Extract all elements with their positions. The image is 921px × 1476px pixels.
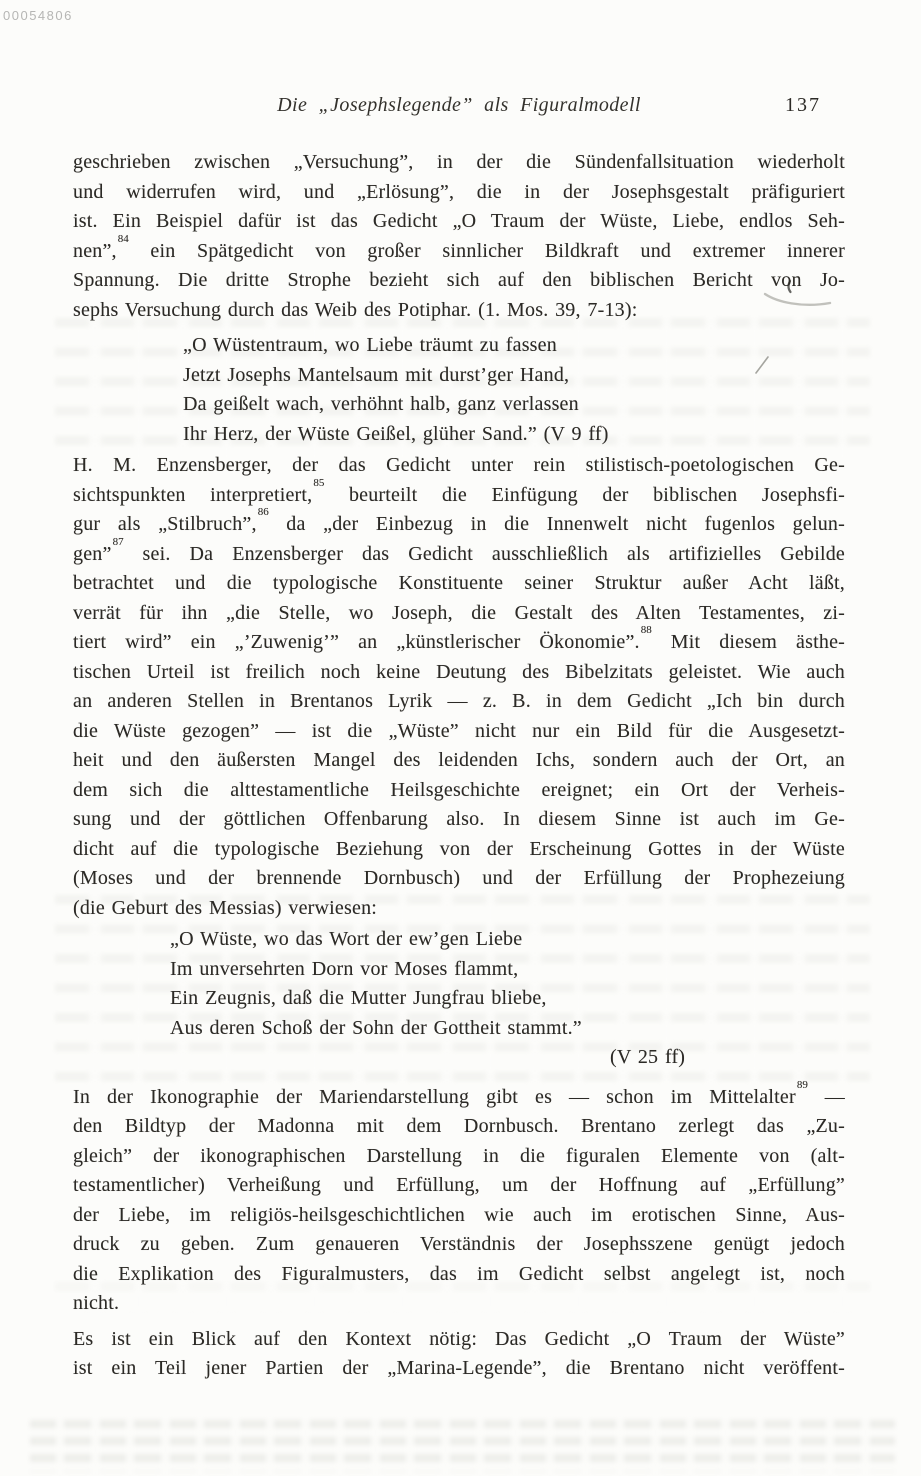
verse-line: „O Wüste, wo das Wort der ew’gen Liebe xyxy=(170,925,845,955)
text-line: tischen Urteil ist freilich noch keine D… xyxy=(73,658,845,688)
bleed-through-artifact xyxy=(30,1420,895,1472)
text-line: (Moses und der brennende Dornbusch) und … xyxy=(73,864,845,894)
verse-caption: (V 25 ff) xyxy=(610,1043,845,1073)
text-line: H. M. Enzensberger, der das Gedicht unte… xyxy=(73,451,845,481)
verse-line: Ein Zeugnis, daß die Mutter Jungfrau bli… xyxy=(170,984,845,1014)
footnote-marker: 85 xyxy=(313,477,324,489)
text-line: der Liebe, im religiös-heilsgeschichtlic… xyxy=(73,1201,845,1231)
text-line: In der Ikonographie der Mariendarstellun… xyxy=(73,1083,845,1113)
text-line: betrachtet und die typologische Konstitu… xyxy=(73,569,845,599)
text-column: Die „Josephslegende” als Figuralmodell 1… xyxy=(73,0,845,1384)
verse-line: „O Wüstentraum, wo Liebe träumt zu fasse… xyxy=(183,331,845,361)
text-line: Es ist ein Blick auf den Kontext nötig: … xyxy=(73,1325,845,1355)
verse-block: „O Wüste, wo das Wort der ew’gen LiebeIm… xyxy=(170,925,845,1073)
text-line: testamentlicher) Verheißung und Erfüllun… xyxy=(73,1171,845,1201)
scanned-book-page: 00054806 Die „Josephslegende” als Figura… xyxy=(0,0,921,1476)
text-line: nen”,84 ein Spätgedicht von großer sinnl… xyxy=(73,237,845,267)
body-text: geschrieben zwischen „Versuchung”, in de… xyxy=(73,148,845,1384)
text-line: tiert wird” ein „’Zuwenig’” an „künstler… xyxy=(73,628,845,658)
text-line: gleich” der ikonographischen Darstellung… xyxy=(73,1142,845,1172)
text-line: druck zu geben. Zum genaueren Verständni… xyxy=(73,1230,845,1260)
text-line: gur als „Stilbruch”,86 da „der Einbezug … xyxy=(73,510,845,540)
text-line: gen”87 sei. Da Enzensberger das Gedicht … xyxy=(73,540,845,570)
text-line: sichtspunkten interpretiert,85 beurteilt… xyxy=(73,481,845,511)
text-line: die Wüste gezogen” — ist die „Wüste” nic… xyxy=(73,717,845,747)
text-line: sephs Versuchung durch das Weib des Poti… xyxy=(73,296,845,326)
text-line: die Explikation des Figuralmusters, das … xyxy=(73,1260,845,1290)
footnote-marker: 87 xyxy=(113,536,124,548)
paragraph-block: H. M. Enzensberger, der das Gedicht unte… xyxy=(73,451,845,923)
verse-line: Im unversehrten Dorn vor Moses flammt, xyxy=(170,955,845,985)
text-line: und widerrufen wird, und „Erlösung”, die… xyxy=(73,178,845,208)
running-title: Die „Josephslegende” als Figuralmodell xyxy=(277,94,641,116)
paragraph-block: In der Ikonographie der Mariendarstellun… xyxy=(73,1083,845,1319)
scan-id-number: 00054806 xyxy=(3,8,73,23)
footnote-marker: 86 xyxy=(258,506,269,518)
text-line: den Bildtyp der Madonna mit dem Dornbusc… xyxy=(73,1112,845,1142)
text-line: dicht auf die typologische Beziehung von… xyxy=(73,835,845,865)
verse-line: Da geißelt wach, verhöhnt halb, ganz ver… xyxy=(183,390,845,420)
footnote-marker: 89 xyxy=(797,1079,808,1091)
text-line: verrät für ihn „die Stelle, wo Joseph, d… xyxy=(73,599,845,629)
text-line: sung und der göttlichen Offenbarung also… xyxy=(73,805,845,835)
footnote-marker: 88 xyxy=(641,624,652,636)
text-line: nicht. xyxy=(73,1289,845,1319)
page-number: 137 xyxy=(785,92,821,118)
footnote-marker: 84 xyxy=(118,233,129,245)
text-line: (die Geburt des Messias) verwiesen: xyxy=(73,894,845,924)
paragraph-block: geschrieben zwischen „Versuchung”, in de… xyxy=(73,148,845,325)
verse-line: Ihr Herz, der Wüste Geißel, glüher Sand.… xyxy=(183,420,845,450)
page-header: Die „Josephslegende” als Figuralmodell 1… xyxy=(73,92,845,122)
text-line: ist ein Teil jener Partien der „Marina-L… xyxy=(73,1354,845,1384)
verse-line: Jetzt Josephs Mantelsaum mit durst’ger H… xyxy=(183,361,845,391)
text-line: Spannung. Die dritte Strophe bezieht sic… xyxy=(73,266,845,296)
verse-line: Aus deren Schoß der Sohn der Gottheit st… xyxy=(170,1014,845,1044)
text-line: heit und den äußersten Mangel des leiden… xyxy=(73,746,845,776)
text-line: ist. Ein Beispiel dafür ist das Gedicht … xyxy=(73,207,845,237)
verse-block: „O Wüstentraum, wo Liebe träumt zu fasse… xyxy=(183,331,845,449)
text-line: dem sich die alttestamentliche Heilsgesc… xyxy=(73,776,845,806)
text-line: an anderen Stellen in Brentanos Lyrik — … xyxy=(73,687,845,717)
text-line: geschrieben zwischen „Versuchung”, in de… xyxy=(73,148,845,178)
paragraph-block: Es ist ein Blick auf den Kontext nötig: … xyxy=(73,1325,845,1384)
